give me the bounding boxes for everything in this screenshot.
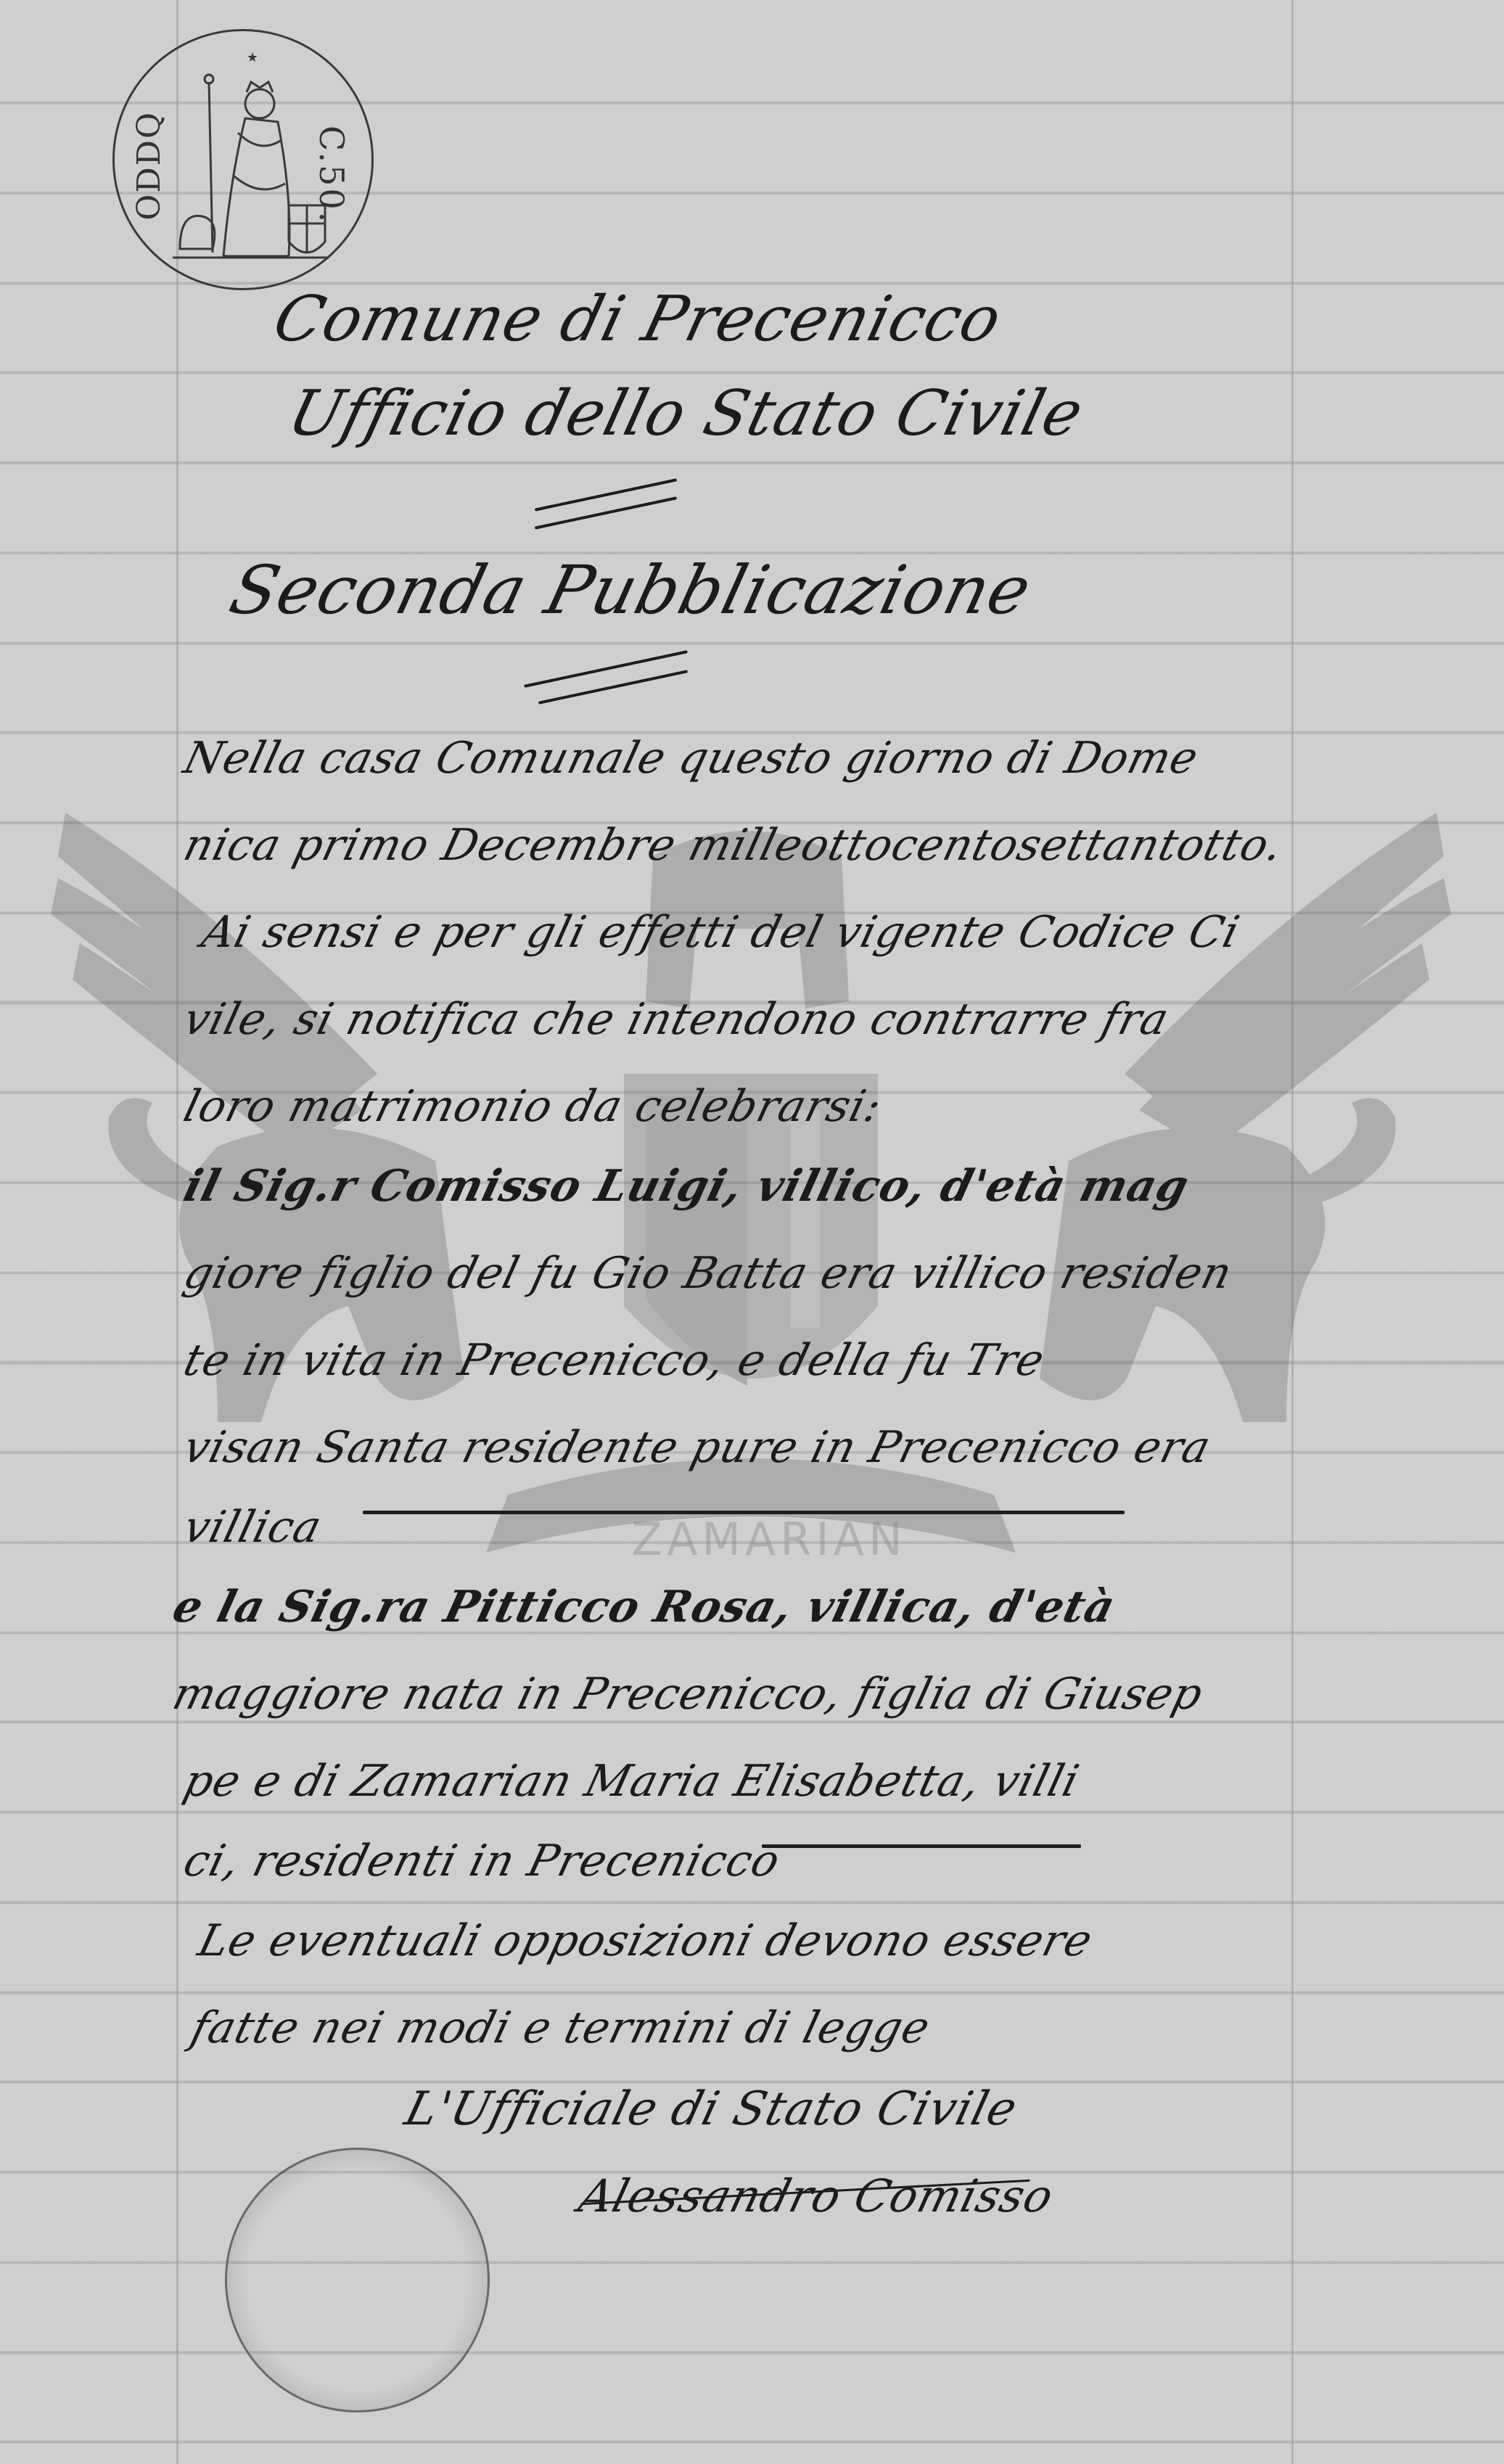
signatory-title: L'Ufficiale di Stato Civile — [400, 2082, 1023, 2136]
line-filler-rule — [762, 1844, 1081, 1848]
title-ornament-rule — [524, 650, 688, 688]
municipality-line: Comune di Precenicco — [267, 283, 1009, 356]
title-ornament-rule — [535, 496, 677, 529]
body-line: ci, residenti in Precenicco — [178, 1836, 785, 1886]
svg-text:★: ★ — [247, 50, 258, 65]
signature: Alessandro Comisso — [574, 2169, 1059, 2222]
body-line: visan Santa residente pure in Precenicco… — [178, 1422, 1216, 1473]
groom-line: il Sig.r Comisso Luigi, villico, d'età m… — [178, 1161, 1194, 1212]
publication-title: Seconda Pubblicazione — [223, 551, 1039, 629]
body-line: loro matrimonio da celebrarsi: — [178, 1081, 887, 1132]
watermark-text: ZAMARIAN — [624, 1513, 914, 1566]
revenue-stamp: ★ ODDQ C.50. — [112, 29, 374, 290]
body-line: nica primo Decembre milleottocentosettan… — [178, 820, 1288, 871]
stamp-left-text: ODDQ — [131, 111, 168, 221]
stamp-value-text: C.50. — [312, 126, 351, 224]
closing-line: fatte nei modi e termini di legge — [186, 2003, 935, 2053]
title-ornament-rule — [535, 478, 677, 511]
body-line: Ai sensi e per gli effetti del vigente C… — [197, 907, 1244, 958]
closing-line: Le eventuali opposizioni devono essere — [193, 1915, 1098, 1966]
left-margin-line — [176, 0, 178, 2464]
bride-line: e la Sig.ra Pitticco Rosa, villica, d'et… — [168, 1582, 1120, 1633]
body-line: Nella casa Comunale questo giorno di Dom… — [178, 733, 1204, 784]
body-line: pe e di Zamarian Maria Elisabetta, villi — [178, 1756, 1085, 1807]
right-margin-line — [1291, 0, 1294, 2464]
line-filler-rule — [363, 1511, 1125, 1514]
office-line: Ufficio dello Stato Civile — [282, 377, 1091, 450]
body-line: vile, si notifica che intendono contrarr… — [178, 994, 1174, 1045]
body-line: villica — [178, 1502, 326, 1553]
official-seal — [225, 2148, 490, 2412]
document-page: ★ ODDQ C.50. — [0, 0, 1504, 2464]
title-ornament-rule — [538, 670, 688, 705]
body-line: giore figlio del fu Gio Batta era villic… — [178, 1248, 1237, 1299]
body-line: te in vita in Precenicco, e della fu Tre — [178, 1335, 1050, 1386]
body-line: maggiore nata in Precenicco, figlia di G… — [168, 1669, 1208, 1720]
